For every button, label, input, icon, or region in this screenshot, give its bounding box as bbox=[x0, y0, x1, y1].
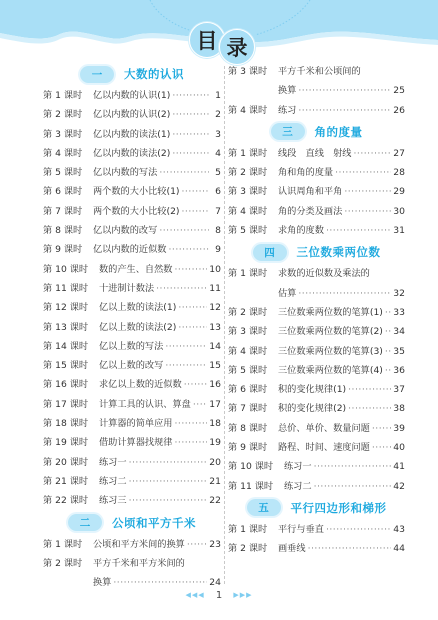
dot-leader bbox=[344, 202, 391, 221]
topic-title: 求数的近似数及乘法的 bbox=[278, 264, 370, 283]
dot-leader bbox=[129, 453, 208, 472]
dot-leader bbox=[159, 221, 209, 240]
lesson-number: 第 5 课时 bbox=[228, 221, 278, 240]
dot-leader bbox=[314, 477, 392, 496]
dot-leader bbox=[175, 433, 208, 452]
dot-leader bbox=[385, 361, 391, 380]
page-ref: 6 bbox=[211, 182, 221, 201]
topic: 亿以内数的近似数 bbox=[93, 240, 211, 259]
page-ref: 17 bbox=[209, 395, 221, 414]
toc-right-column: 第 3 课时平方千米和公顷间的换算25第 4 课时练习26 三 角的度量 第 1… bbox=[228, 62, 405, 559]
section-title: 公顷和平方千米 bbox=[112, 515, 196, 531]
dot-leader bbox=[385, 342, 391, 361]
page-ref: 30 bbox=[393, 202, 405, 221]
dot-leader bbox=[298, 284, 391, 303]
lesson-number: 第 8 课时 bbox=[228, 419, 278, 438]
section-title: 三位数乘两位数 bbox=[297, 244, 381, 260]
topic-title: 数的产生、自然数 bbox=[99, 260, 173, 279]
lesson-number: 第 13 课时 bbox=[43, 318, 99, 337]
page-ref: 40 bbox=[393, 438, 405, 457]
right-arrows-icon: ▶▶▶ bbox=[233, 591, 252, 599]
topic: 亿以内数的认识(2) bbox=[93, 105, 211, 124]
topic: 角的分类及画法 bbox=[278, 202, 393, 221]
lesson-number: 第 6 课时 bbox=[228, 380, 278, 399]
topic-title: 画垂线 bbox=[278, 539, 306, 558]
toc-entry[interactable]: 第 3 课时认识周角和平角29 bbox=[228, 182, 405, 201]
page-ref: 32 bbox=[393, 284, 405, 303]
topic: 认识周角和平角 bbox=[278, 182, 393, 201]
page-ref: 4 bbox=[211, 144, 221, 163]
page-ref: 37 bbox=[393, 380, 405, 399]
lesson-number: 第 2 课时 bbox=[228, 163, 278, 182]
topic: 路程、时间、速度问题 bbox=[278, 438, 393, 457]
topic-title: 亿以内数的写法 bbox=[93, 163, 157, 182]
topic: 练习一 bbox=[284, 457, 393, 476]
page-ref: 33 bbox=[393, 303, 405, 322]
dot-leader bbox=[348, 399, 391, 418]
dot-leader bbox=[326, 221, 391, 240]
dot-leader bbox=[182, 202, 209, 221]
page-number: 1 bbox=[216, 590, 222, 601]
lesson-number: 第 3 课时 bbox=[228, 182, 278, 201]
lesson-number: 第 9 课时 bbox=[228, 438, 278, 457]
lesson-number: 第 4 课时 bbox=[43, 144, 93, 163]
toc-entry[interactable]: 第 3 课时亿以内数的读法(1)3 bbox=[43, 125, 221, 144]
dot-leader bbox=[175, 414, 208, 433]
section-header-1: 一 大数的认识 bbox=[43, 62, 221, 86]
toc-entry[interactable]: 第 4 课时角的分类及画法30 bbox=[228, 202, 405, 221]
page-ref: 19 bbox=[209, 433, 221, 452]
page-ref: 18 bbox=[209, 414, 221, 433]
dot-leader bbox=[193, 395, 207, 414]
page-ref: 35 bbox=[393, 342, 405, 361]
page-ref: 7 bbox=[211, 202, 221, 221]
lesson-number: 第 16 课时 bbox=[43, 375, 99, 394]
page-ref: 22 bbox=[209, 491, 221, 510]
lesson-number: 第 18 课时 bbox=[43, 414, 99, 433]
toc-entry[interactable]: 第 2 课时平方千米和平方米间的 bbox=[43, 554, 221, 573]
page-ref: 10 bbox=[209, 260, 221, 279]
dot-leader bbox=[178, 298, 207, 317]
lesson-number: 第 6 课时 bbox=[43, 182, 93, 201]
dot-leader bbox=[348, 380, 391, 399]
page-ref: 3 bbox=[211, 125, 221, 144]
topic-title: 求亿以上数的近似数 bbox=[99, 375, 182, 394]
section-badge: 一 bbox=[80, 66, 114, 83]
header-banner: 目 录 bbox=[0, 0, 438, 62]
section-badge: 四 bbox=[253, 244, 287, 261]
lesson-number: 第 2 课时 bbox=[43, 554, 93, 573]
topic: 积的变化规律(2) bbox=[278, 399, 393, 418]
lesson-number: 第 1 课时 bbox=[228, 520, 278, 539]
page-ref: 20 bbox=[209, 453, 221, 472]
lesson-number: 第 2 课时 bbox=[228, 539, 278, 558]
dot-leader bbox=[172, 125, 209, 144]
lesson-number: 第 3 课时 bbox=[43, 125, 93, 144]
dot-leader bbox=[385, 303, 391, 322]
left-arrows-icon: ◀◀◀ bbox=[185, 591, 204, 599]
lesson-number: 第 10 课时 bbox=[228, 457, 284, 476]
topic-title: 亿以内数的认识(2) bbox=[93, 105, 170, 124]
page-ref: 9 bbox=[211, 240, 221, 259]
page-ref: 28 bbox=[393, 163, 405, 182]
dot-leader bbox=[129, 491, 208, 510]
lesson-number: 第 11 课时 bbox=[43, 279, 99, 298]
lesson-number: 第 12 课时 bbox=[43, 298, 99, 317]
page-ref: 36 bbox=[393, 361, 405, 380]
topic-title: 计算工具的认识、算盘 bbox=[99, 395, 191, 414]
topic-title: 亿以内数的认识(1) bbox=[93, 86, 170, 105]
topic: 数的产生、自然数 bbox=[99, 260, 209, 279]
topic: 练习一 bbox=[99, 453, 209, 472]
toc-entry[interactable]: 第 10 课时练习一41 bbox=[228, 457, 405, 476]
topic-title: 三位数乘两位数的笔算(4) bbox=[278, 361, 383, 380]
dot-leader bbox=[129, 472, 208, 491]
toc-entry[interactable]: 第 4 课时练习26 bbox=[228, 101, 405, 120]
page-ref: 31 bbox=[393, 221, 405, 240]
topic: 练习 bbox=[278, 101, 393, 120]
topic-title: 认识周角和平角 bbox=[278, 182, 342, 201]
dot-leader bbox=[184, 375, 208, 394]
dot-leader bbox=[172, 144, 209, 163]
lesson-number: 第 1 课时 bbox=[43, 86, 93, 105]
topic: 求角的度数 bbox=[278, 221, 393, 240]
section-header-5: 五 平行四边形和梯形 bbox=[228, 496, 405, 520]
page-footer: ◀◀◀ 1 ▶▶▶ bbox=[0, 590, 438, 601]
topic: 换算 bbox=[278, 81, 393, 100]
topic: 十进制计数法 bbox=[99, 279, 209, 298]
topic-title: 平方千米和平方米间的 bbox=[93, 554, 185, 573]
toc-entry[interactable]: 第 21 课时练习二21 bbox=[43, 472, 221, 491]
lesson-number: 第 3 课时 bbox=[228, 322, 278, 341]
toc-entry[interactable]: 第 1 课时平行与垂直43 bbox=[228, 520, 405, 539]
lesson-number: 第 2 课时 bbox=[228, 303, 278, 322]
topic: 两个数的大小比较(1) bbox=[93, 182, 211, 201]
toc-entry[interactable]: 第 11 课时十进制计数法11 bbox=[43, 279, 221, 298]
toc-entry[interactable]: 第 14 课时亿以上数的写法14 bbox=[43, 337, 221, 356]
toc-entry[interactable]: 第 1 课时求数的近似数及乘法的 bbox=[228, 264, 405, 283]
topic-title: 求角的度数 bbox=[278, 221, 324, 240]
page-ref: 42 bbox=[393, 477, 405, 496]
topic-title: 总价、单价、数量问题 bbox=[278, 419, 370, 438]
topic: 画垂线 bbox=[278, 539, 393, 558]
topic: 估算 bbox=[278, 284, 393, 303]
topic-title: 平行与垂直 bbox=[278, 520, 324, 539]
toc-entry[interactable]: 第 3 课时平方千米和公顷间的 bbox=[228, 62, 405, 81]
page-ref: 29 bbox=[393, 182, 405, 201]
topic: 三位数乘两位数的笔算(2) bbox=[278, 322, 393, 341]
page-ref: 26 bbox=[393, 101, 405, 120]
topic-title: 借助计算器找规律 bbox=[99, 433, 173, 452]
topic: 亿以上数的写法 bbox=[99, 337, 209, 356]
topic-title: 亿以上数的读法(2) bbox=[99, 318, 176, 337]
lesson-number: 第 7 课时 bbox=[228, 399, 278, 418]
page-ref: 16 bbox=[209, 375, 221, 394]
topic: 三位数乘两位数的笔算(4) bbox=[278, 361, 393, 380]
lesson-number: 第 11 课时 bbox=[228, 477, 284, 496]
topic: 两个数的大小比较(2) bbox=[93, 202, 211, 221]
lesson-number: 第 1 课时 bbox=[228, 144, 278, 163]
topic-title: 路程、时间、速度问题 bbox=[278, 438, 370, 457]
toc-entry[interactable]: 第 6 课时两个数的大小比较(1)6 bbox=[43, 182, 221, 201]
toc-entry[interactable]: 第 12 课时亿以上数的读法(1)12 bbox=[43, 298, 221, 317]
column-divider bbox=[224, 66, 225, 584]
toc-entry[interactable]: 第 9 课时亿以内数的近似数9 bbox=[43, 240, 221, 259]
toc-entry[interactable]: 第 15 课时亿以上数的改写15 bbox=[43, 356, 221, 375]
page-ref: 41 bbox=[393, 457, 405, 476]
dot-leader bbox=[372, 419, 391, 438]
toc-entry[interactable]: 第 18 课时计算器的简单应用18 bbox=[43, 414, 221, 433]
page-ref: 23 bbox=[209, 535, 221, 554]
toc-entry[interactable]: 第 19 课时借助计算器找规律19 bbox=[43, 433, 221, 452]
dot-leader bbox=[172, 105, 209, 124]
toc-entry[interactable]: 第 2 课时角和角的度量28 bbox=[228, 163, 405, 182]
section-header-3: 三 角的度量 bbox=[228, 120, 405, 144]
topic-title: 亿以内数的改写 bbox=[93, 221, 157, 240]
topic-title: 十进制计数法 bbox=[99, 279, 154, 298]
section-title: 平行四边形和梯形 bbox=[291, 500, 387, 516]
section-badge: 三 bbox=[271, 123, 305, 140]
topic-title: 亿以上数的写法 bbox=[99, 337, 163, 356]
topic: 线段 直线 射线 bbox=[278, 144, 393, 163]
page-ref: 2 bbox=[211, 105, 221, 124]
lesson-number: 第 14 课时 bbox=[43, 337, 99, 356]
topic-title: 积的变化规律(2) bbox=[278, 399, 346, 418]
dot-leader bbox=[372, 438, 391, 457]
topic-title: 亿以内数的读法(1) bbox=[93, 125, 170, 144]
topic: 亿以上数的读法(2) bbox=[99, 318, 209, 337]
topic-title: 亿以内数的读法(2) bbox=[93, 144, 170, 163]
page-ref: 39 bbox=[393, 419, 405, 438]
toc-entry[interactable]: 第 13 课时亿以上数的读法(2)13 bbox=[43, 318, 221, 337]
page-ref: 5 bbox=[211, 163, 221, 182]
dot-leader bbox=[354, 144, 392, 163]
topic: 三位数乘两位数的笔算(1) bbox=[278, 303, 393, 322]
lesson-number: 第 5 课时 bbox=[228, 361, 278, 380]
dot-leader bbox=[156, 279, 207, 298]
toc-entry-continuation[interactable]: 估算32 bbox=[228, 284, 405, 303]
lesson-number: 第 4 课时 bbox=[228, 202, 278, 221]
section-header-2: 二 公顷和平方千米 bbox=[43, 511, 221, 535]
toc-entry[interactable]: 第 1 课时公顷和平方米间的换算23 bbox=[43, 535, 221, 554]
topic-title: 练习二 bbox=[99, 472, 127, 491]
topic: 练习二 bbox=[99, 472, 209, 491]
topic-title: 角的分类及画法 bbox=[278, 202, 342, 221]
lesson-number: 第 4 课时 bbox=[228, 101, 278, 120]
page-ref: 11 bbox=[209, 279, 221, 298]
topic: 亿以上数的读法(1) bbox=[99, 298, 209, 317]
topic: 角和角的度量 bbox=[278, 163, 393, 182]
topic: 平行与垂直 bbox=[278, 520, 393, 539]
dot-leader bbox=[326, 520, 391, 539]
page-ref: 27 bbox=[393, 144, 405, 163]
dot-leader bbox=[187, 535, 207, 554]
toc-entry[interactable]: 第 7 课时积的变化规律(2)38 bbox=[228, 399, 405, 418]
toc-entry[interactable]: 第 16 课时求亿以上数的近似数16 bbox=[43, 375, 221, 394]
toc-entry[interactable]: 第 1 课时线段 直线 射线27 bbox=[228, 144, 405, 163]
topic-title: 练习一 bbox=[284, 457, 312, 476]
toc-entry[interactable]: 第 8 课时亿以内数的改写8 bbox=[43, 221, 221, 240]
dot-leader bbox=[159, 163, 209, 182]
topic: 三位数乘两位数的笔算(3) bbox=[278, 342, 393, 361]
topic-title: 计算器的简单应用 bbox=[99, 414, 173, 433]
toc-entry[interactable]: 第 10 课时数的产生、自然数10 bbox=[43, 260, 221, 279]
dot-leader bbox=[314, 457, 392, 476]
dot-leader bbox=[178, 318, 207, 337]
topic-title-continuation: 估算 bbox=[278, 284, 296, 303]
toc-entry[interactable]: 第 2 课时三位数乘两位数的笔算(1)33 bbox=[228, 303, 405, 322]
lesson-number: 第 21 课时 bbox=[43, 472, 99, 491]
dot-leader bbox=[182, 182, 209, 201]
dot-leader bbox=[172, 86, 209, 105]
topic-title: 线段 直线 射线 bbox=[278, 144, 352, 163]
page-ref: 14 bbox=[209, 337, 221, 356]
toc-entry[interactable]: 第 5 课时求角的度数31 bbox=[228, 221, 405, 240]
toc-entry[interactable]: 第 17 课时计算工具的认识、算盘17 bbox=[43, 395, 221, 414]
topic-title: 亿以内数的近似数 bbox=[93, 240, 167, 259]
topic-title: 两个数的大小比较(2) bbox=[93, 202, 180, 221]
lesson-number: 第 1 课时 bbox=[43, 535, 93, 554]
lesson-number: 第 9 课时 bbox=[43, 240, 93, 259]
topic-title: 亿以上数的改写 bbox=[99, 356, 163, 375]
page-ref: 21 bbox=[209, 472, 221, 491]
topic-title-continuation: 换算 bbox=[278, 81, 296, 100]
dot-leader bbox=[385, 322, 391, 341]
toc-entry[interactable]: 第 1 课时亿以内数的认识(1)1 bbox=[43, 86, 221, 105]
dot-leader bbox=[335, 163, 391, 182]
toc-entry[interactable]: 第 6 课时积的变化规律(1)37 bbox=[228, 380, 405, 399]
lesson-number: 第 7 课时 bbox=[43, 202, 93, 221]
dot-leader bbox=[308, 539, 392, 558]
topic: 练习二 bbox=[284, 477, 393, 496]
lesson-number: 第 15 课时 bbox=[43, 356, 99, 375]
toc-entry[interactable]: 第 7 课时两个数的大小比较(2)7 bbox=[43, 202, 221, 221]
topic-title: 练习三 bbox=[99, 491, 127, 510]
topic: 亿以内数的写法 bbox=[93, 163, 211, 182]
dot-leader bbox=[298, 101, 391, 120]
topic-title: 角和角的度量 bbox=[278, 163, 333, 182]
section-title: 角的度量 bbox=[315, 124, 363, 140]
topic: 求数的近似数及乘法的 bbox=[278, 264, 405, 283]
lesson-number: 第 20 课时 bbox=[43, 453, 99, 472]
page-ref: 12 bbox=[209, 298, 221, 317]
page-ref: 13 bbox=[209, 318, 221, 337]
toc-entry[interactable]: 第 5 课时亿以内数的写法5 bbox=[43, 163, 221, 182]
lesson-number: 第 8 课时 bbox=[43, 221, 93, 240]
toc-entry[interactable]: 第 5 课时三位数乘两位数的笔算(4)36 bbox=[228, 361, 405, 380]
topic-title: 练习 bbox=[278, 101, 296, 120]
page-ref: 34 bbox=[393, 322, 405, 341]
page-ref: 8 bbox=[211, 221, 221, 240]
toc-entry[interactable]: 第 4 课时三位数乘两位数的笔算(3)35 bbox=[228, 342, 405, 361]
page-ref: 38 bbox=[393, 399, 405, 418]
topic: 平方千米和平方米间的 bbox=[93, 554, 221, 573]
dot-leader bbox=[165, 356, 207, 375]
title-char-lu: 录 bbox=[219, 29, 255, 65]
dot-leader bbox=[169, 240, 210, 259]
topic: 亿以上数的改写 bbox=[99, 356, 209, 375]
topic: 积的变化规律(1) bbox=[278, 380, 393, 399]
toc-left-column: 一 大数的认识 第 1 课时亿以内数的认识(1)1第 2 课时亿以内数的认识(2… bbox=[43, 62, 221, 592]
topic: 练习三 bbox=[99, 491, 209, 510]
toc-entry[interactable]: 第 2 课时画垂线44 bbox=[228, 539, 405, 558]
lesson-number: 第 1 课时 bbox=[228, 264, 278, 283]
topic-title: 练习二 bbox=[284, 477, 312, 496]
dot-leader bbox=[344, 182, 391, 201]
section-title: 大数的认识 bbox=[124, 66, 184, 82]
toc-entry[interactable]: 第 11 课时练习二42 bbox=[228, 477, 405, 496]
topic-title: 三位数乘两位数的笔算(1) bbox=[278, 303, 383, 322]
section-header-4: 四 三位数乘两位数 bbox=[228, 240, 405, 264]
topic: 亿以内数的改写 bbox=[93, 221, 211, 240]
lesson-number: 第 17 课时 bbox=[43, 395, 99, 414]
topic: 亿以内数的读法(1) bbox=[93, 125, 211, 144]
dot-leader bbox=[175, 260, 208, 279]
topic-title: 积的变化规律(1) bbox=[278, 380, 346, 399]
toc-entry[interactable]: 第 22 课时练习三22 bbox=[43, 491, 221, 510]
topic: 亿以内数的认识(1) bbox=[93, 86, 211, 105]
topic-title: 两个数的大小比较(1) bbox=[93, 182, 180, 201]
topic: 总价、单价、数量问题 bbox=[278, 419, 393, 438]
title: 目 录 bbox=[0, 20, 438, 60]
topic-title: 公顷和平方米间的换算 bbox=[93, 535, 185, 554]
topic: 借助计算器找规律 bbox=[99, 433, 209, 452]
toc-entry[interactable]: 第 8 课时总价、单价、数量问题39 bbox=[228, 419, 405, 438]
toc-entry[interactable]: 第 20 课时练习一20 bbox=[43, 453, 221, 472]
topic-title: 亿以上数的读法(1) bbox=[99, 298, 176, 317]
topic: 亿以内数的读法(2) bbox=[93, 144, 211, 163]
topic: 计算器的简单应用 bbox=[99, 414, 209, 433]
lesson-number: 第 10 课时 bbox=[43, 260, 99, 279]
toc-entry-continuation[interactable]: 换算25 bbox=[228, 81, 405, 100]
page-ref: 25 bbox=[393, 81, 405, 100]
topic-title: 三位数乘两位数的笔算(3) bbox=[278, 342, 383, 361]
lesson-number: 第 4 课时 bbox=[228, 342, 278, 361]
section-badge: 二 bbox=[68, 514, 102, 531]
lesson-number: 第 22 课时 bbox=[43, 491, 99, 510]
lesson-number: 第 19 课时 bbox=[43, 433, 99, 452]
topic-title: 平方千米和公顷间的 bbox=[278, 62, 361, 81]
topic-title: 三位数乘两位数的笔算(2) bbox=[278, 322, 383, 341]
toc-entry[interactable]: 第 4 课时亿以内数的读法(2)4 bbox=[43, 144, 221, 163]
topic-title: 练习一 bbox=[99, 453, 127, 472]
section-badge: 五 bbox=[247, 499, 281, 516]
page-ref: 44 bbox=[393, 539, 405, 558]
toc-entry[interactable]: 第 2 课时亿以内数的认识(2)2 bbox=[43, 105, 221, 124]
page-ref: 15 bbox=[209, 356, 221, 375]
toc-entry[interactable]: 第 9 课时路程、时间、速度问题40 bbox=[228, 438, 405, 457]
lesson-number: 第 3 课时 bbox=[228, 62, 278, 81]
page-ref: 1 bbox=[211, 86, 221, 105]
dot-leader bbox=[298, 81, 391, 100]
topic: 平方千米和公顷间的 bbox=[278, 62, 405, 81]
lesson-number: 第 2 课时 bbox=[43, 105, 93, 124]
topic: 求亿以上数的近似数 bbox=[99, 375, 209, 394]
topic: 公顷和平方米间的换算 bbox=[93, 535, 209, 554]
lesson-number: 第 5 课时 bbox=[43, 163, 93, 182]
page-ref: 43 bbox=[393, 520, 405, 539]
toc-entry[interactable]: 第 3 课时三位数乘两位数的笔算(2)34 bbox=[228, 322, 405, 341]
topic: 计算工具的认识、算盘 bbox=[99, 395, 209, 414]
dot-leader bbox=[165, 337, 207, 356]
